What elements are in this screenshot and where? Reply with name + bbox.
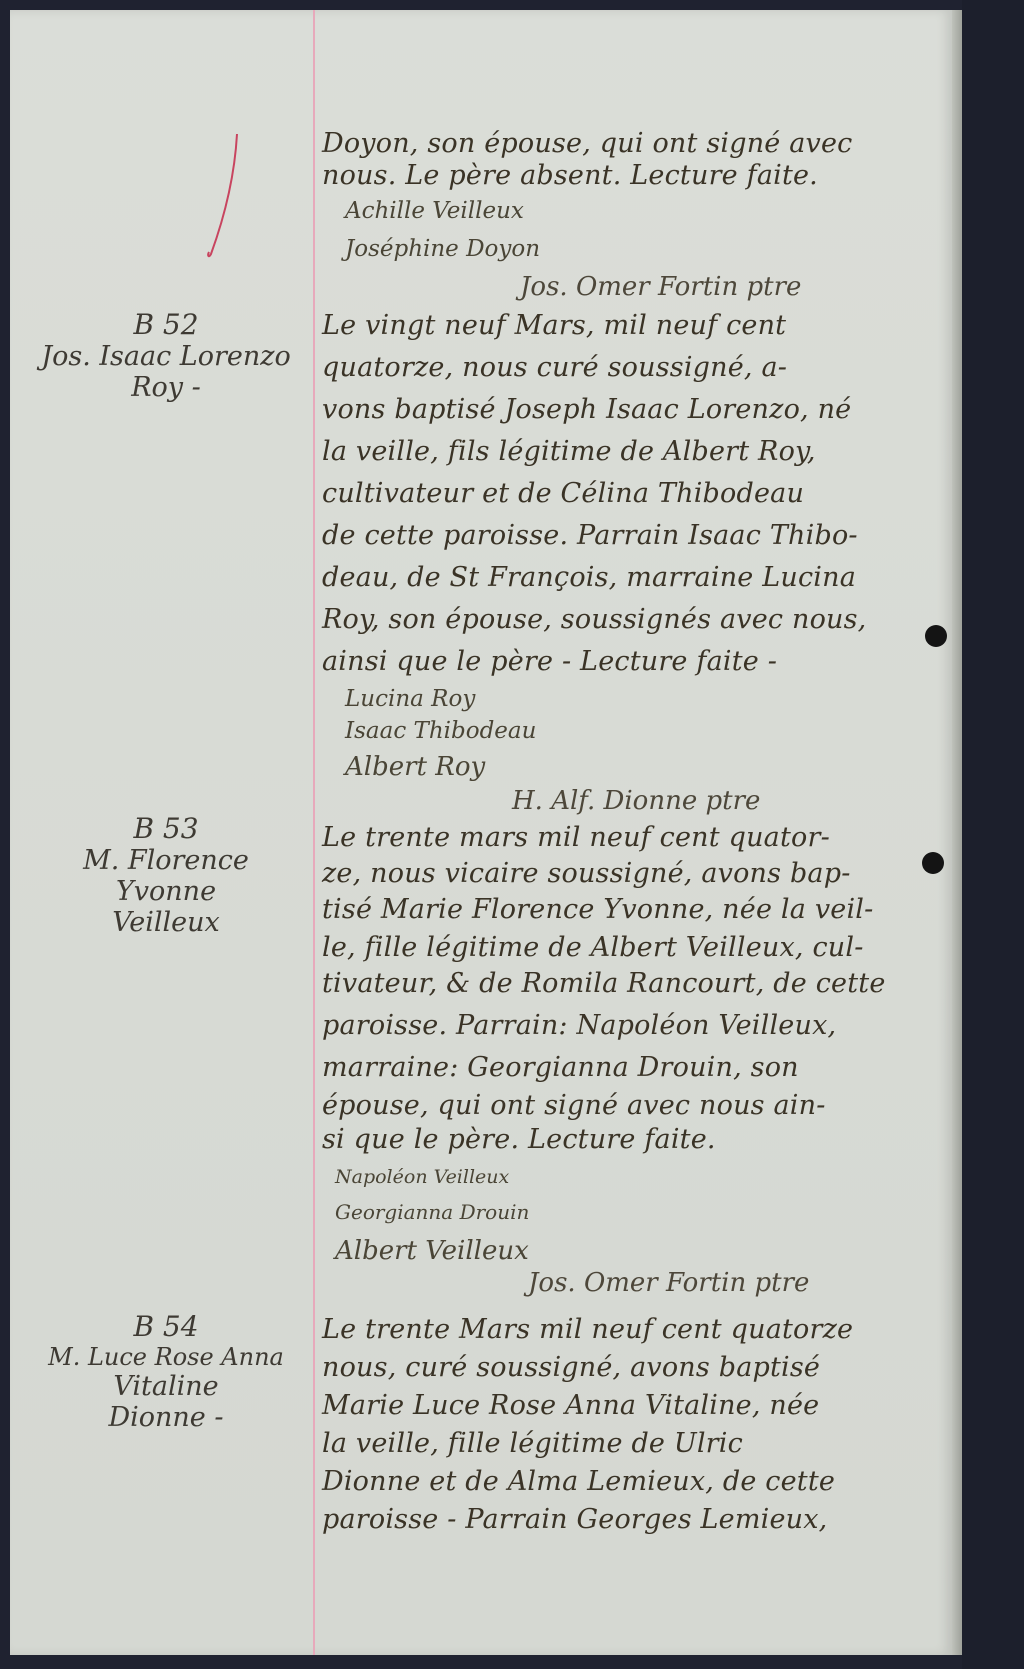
priest-signature: Jos. Omer Fortin ptre xyxy=(528,1268,809,1298)
entry-margin-b54: B 54 M. Luce Rose Anna Vitaline Dionne - xyxy=(20,1310,312,1433)
entry-line: marraine: Georgianna Drouin, son xyxy=(322,1052,799,1083)
entry-line: Le vingt neuf Mars, mil neuf cent xyxy=(322,310,786,341)
entry-number: B 52 xyxy=(20,308,312,341)
entry-line: tisé Marie Florence Yvonne, née la veil- xyxy=(322,894,873,925)
entry-line: de cette paroisse. Parrain Isaac Thibo- xyxy=(322,520,858,551)
entry-line: paroisse - Parrain Georges Lemieux, xyxy=(322,1504,827,1535)
priest-signature: H. Alf. Dionne ptre xyxy=(512,786,760,816)
entry-name-line: Jos. Isaac Lorenzo xyxy=(20,341,312,372)
entry-line: Dionne et de Alma Lemieux, de cette xyxy=(322,1466,835,1497)
entry-line: paroisse. Parrain: Napoléon Veilleux, xyxy=(322,1010,836,1041)
signature: Joséphine Doyon xyxy=(345,236,540,262)
entry-line: ainsi que le père - Lecture faite - xyxy=(322,646,777,677)
entry-number: B 53 xyxy=(20,812,312,845)
signature: Georgianna Drouin xyxy=(335,1200,529,1224)
entry-margin-b52: B 52 Jos. Isaac Lorenzo Roy - xyxy=(20,308,312,403)
signature: Napoléon Veilleux xyxy=(335,1166,509,1188)
entry-line: Roy, son épouse, soussignés avec nous, xyxy=(322,604,866,635)
signature: Achille Veilleux xyxy=(345,198,524,224)
book-binding xyxy=(962,0,1024,1669)
entry-name-line: Roy - xyxy=(20,372,312,403)
entry-line: la veille, fils légitime de Albert Roy, xyxy=(322,436,816,467)
entry-number: B 54 xyxy=(20,1310,312,1343)
entry-line: le, fille légitime de Albert Veilleux, c… xyxy=(322,932,864,963)
entry-line: si que le père. Lecture faite. xyxy=(322,1124,716,1155)
entry-margin-b53: B 53 M. Florence Yvonne Veilleux xyxy=(20,812,312,938)
entry-line: Marie Luce Rose Anna Vitaline, née xyxy=(322,1390,819,1421)
entry-name-line: Dionne - xyxy=(20,1402,312,1433)
priest-signature: Jos. Omer Fortin ptre xyxy=(520,272,801,302)
entry-line: la veille, fille légitime de Ulric xyxy=(322,1428,743,1459)
entry-line: deau, de St François, marraine Lucina xyxy=(322,562,856,593)
entry-name-line: M. Luce Rose Anna xyxy=(20,1343,312,1371)
entry-line: quatorze, nous curé soussigné, a- xyxy=(322,352,787,383)
entry-line: vons baptisé Joseph Isaac Lorenzo, né xyxy=(322,394,851,425)
continuation-line: nous. Le père absent. Lecture faite. xyxy=(322,160,818,191)
entry-line: cultivateur et de Célina Thibodeau xyxy=(322,478,804,509)
signature: Lucina Roy xyxy=(345,686,475,712)
signature: Albert Roy xyxy=(345,752,485,782)
continuation-line: Doyon, son épouse, qui ont signé avec xyxy=(322,128,853,159)
entry-name-line: Yvonne xyxy=(20,876,312,907)
signature: Isaac Thibodeau xyxy=(345,718,536,744)
entry-line: Le trente Mars mil neuf cent quatorze xyxy=(322,1314,853,1345)
entry-line: tivateur, & de Romila Rancourt, de cette xyxy=(322,968,886,999)
red-check-mark-icon xyxy=(205,130,245,260)
entry-name-line: Veilleux xyxy=(20,907,312,938)
entry-line: épouse, qui ont signé avec nous ain- xyxy=(322,1090,826,1121)
punch-hole xyxy=(922,852,944,874)
page-edge xyxy=(952,10,962,1655)
entry-name-line: Vitaline xyxy=(20,1371,312,1402)
punch-hole xyxy=(925,625,947,647)
signature: Albert Veilleux xyxy=(335,1236,529,1266)
entry-name-line: M. Florence xyxy=(20,845,312,876)
entry-line: ze, nous vicaire soussigné, avons bap- xyxy=(322,858,851,889)
entry-line: nous, curé soussigné, avons baptisé xyxy=(322,1352,820,1383)
margin-rule xyxy=(313,10,315,1655)
entry-line: Le trente mars mil neuf cent quator- xyxy=(322,822,830,853)
